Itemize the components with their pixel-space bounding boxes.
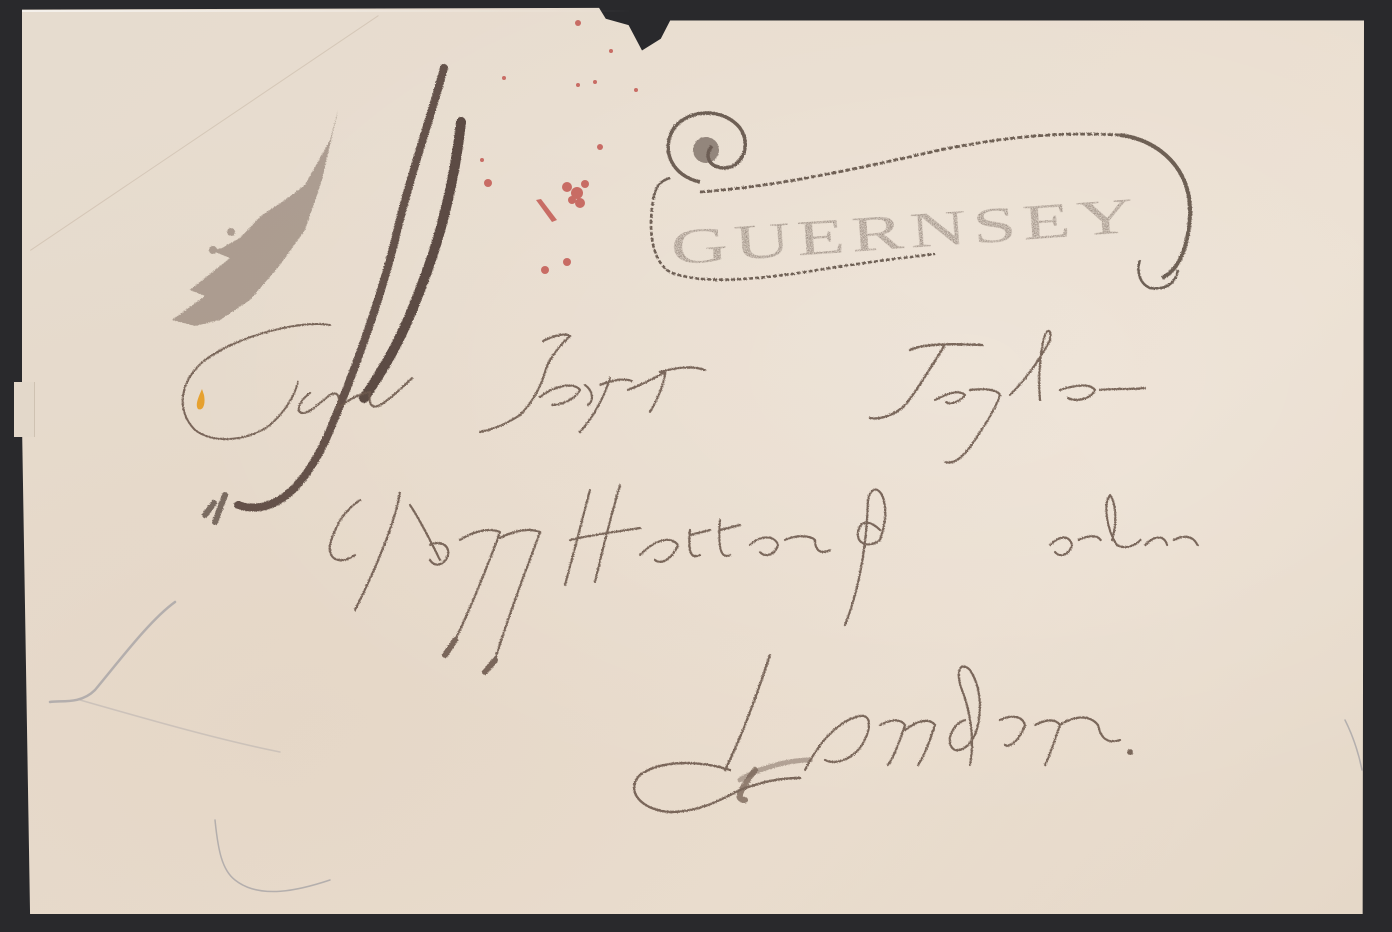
red-ink-speckles [480, 20, 638, 274]
ink-offset-smudge [172, 110, 338, 326]
cover-scan: GUERNSEY [0, 0, 1392, 932]
pencil-marks [50, 602, 1362, 892]
manuscript-address [183, 324, 1198, 812]
orange-ink-spot [197, 389, 205, 409]
ink-markings: GUERNSEY [0, 0, 1392, 932]
handstamp-text: GUERNSEY [669, 186, 1142, 275]
